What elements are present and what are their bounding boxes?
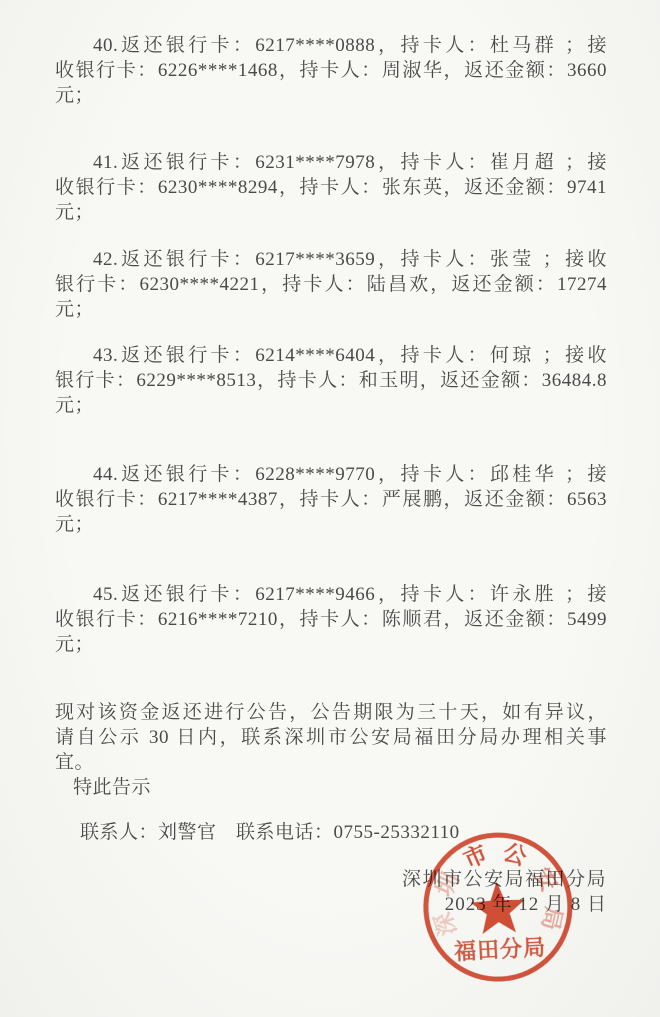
public-notice-document: 40.返还银行卡：6217****0888，持卡人：杜马群 ；接收银行卡：622… [0, 0, 660, 1017]
text-line: 收银行卡：6216****7210，持卡人：陈顺君，返还金额：5499 [55, 607, 607, 632]
text-line: 45.返还银行卡：6217****9466，持卡人：许永胜 ；接 [55, 582, 607, 607]
text-line: 收银行卡：6230****8294，持卡人：张东英，返还金额：9741 [55, 175, 607, 200]
refund-item-41: 41.返还银行卡：6231****7978，持卡人：崔月超 ；接收银行卡：623… [55, 150, 607, 225]
document-content: 40.返还银行卡：6217****0888，持卡人：杜马群 ；接收银行卡：622… [55, 33, 607, 917]
notice-paragraph: 现对该资金返还进行公告，公告期限为三十天，如有异议，请自公示 30 日内，联系深… [55, 700, 607, 775]
seal-arc-char: 公 [500, 839, 530, 870]
text-line: 收银行卡：6226****1468，持卡人：周淑华，返还金额：3660 [55, 58, 607, 83]
official-seal: 深圳市公安局 福田分局 [418, 827, 582, 991]
closing-line: 特此告示 [55, 775, 607, 800]
text-line: 元； [55, 200, 607, 225]
text-line: 现对该资金返还进行公告，公告期限为三十天，如有异议， [55, 700, 607, 725]
text-line: 元； [55, 297, 607, 322]
text-line: 41.返还银行卡：6231****7978，持卡人：崔月超 ；接 [55, 150, 607, 175]
text-line: 42.返还银行卡：6217****3659，持卡人：张莹 ；接收 [55, 247, 607, 272]
star-icon [470, 880, 527, 934]
text-line: 元； [55, 632, 607, 657]
text-line: 元； [55, 393, 607, 418]
refund-items-list: 40.返还银行卡：6217****0888，持卡人：杜马群 ；接收银行卡：622… [55, 33, 607, 657]
text-line: 43.返还银行卡：6214****6404，持卡人：何琼 ；接收 [55, 343, 607, 368]
text-line: 40.返还银行卡：6217****0888，持卡人：杜马群 ；接 [55, 33, 607, 58]
text-line: 银行卡：6230****4221，持卡人：陆昌欢，返还金额：17274 [55, 272, 607, 297]
refund-item-44: 44.返还银行卡：6228****9770，持卡人：邱桂华 ；接收银行卡：621… [55, 462, 607, 537]
seal-arc-char: 局 [537, 905, 566, 933]
text-line: 银行卡：6229****8513，持卡人：和玉明，返还金额：36484.8 [55, 368, 607, 393]
refund-item-43: 43.返还银行卡：6214****6404，持卡人：何琼 ；接收银行卡：6229… [55, 343, 607, 418]
text-line: 44.返还银行卡：6228****9770，持卡人：邱桂华 ；接 [55, 462, 607, 487]
text-line: 收银行卡：6217****4387，持卡人：严展鹏，返还金额：6563 [55, 487, 607, 512]
seal-arc-char: 深 [430, 909, 461, 939]
seal-bottom-text: 福田分局 [454, 935, 547, 965]
text-line: 元； [55, 83, 607, 108]
refund-item-40: 40.返还银行卡：6217****0888，持卡人：杜马群 ；接收银行卡：622… [55, 33, 607, 108]
refund-item-45: 45.返还银行卡：6217****9466，持卡人：许永胜 ；接收银行卡：621… [55, 582, 607, 657]
refund-item-42: 42.返还银行卡：6217****3659，持卡人：张莹 ；接收银行卡：6230… [55, 247, 607, 322]
text-line: 宜。 [55, 750, 607, 775]
text-line: 请自公示 30 日内，联系深圳市公安局福田分局办理相关事 [55, 725, 607, 750]
text-line: 元； [55, 512, 607, 537]
